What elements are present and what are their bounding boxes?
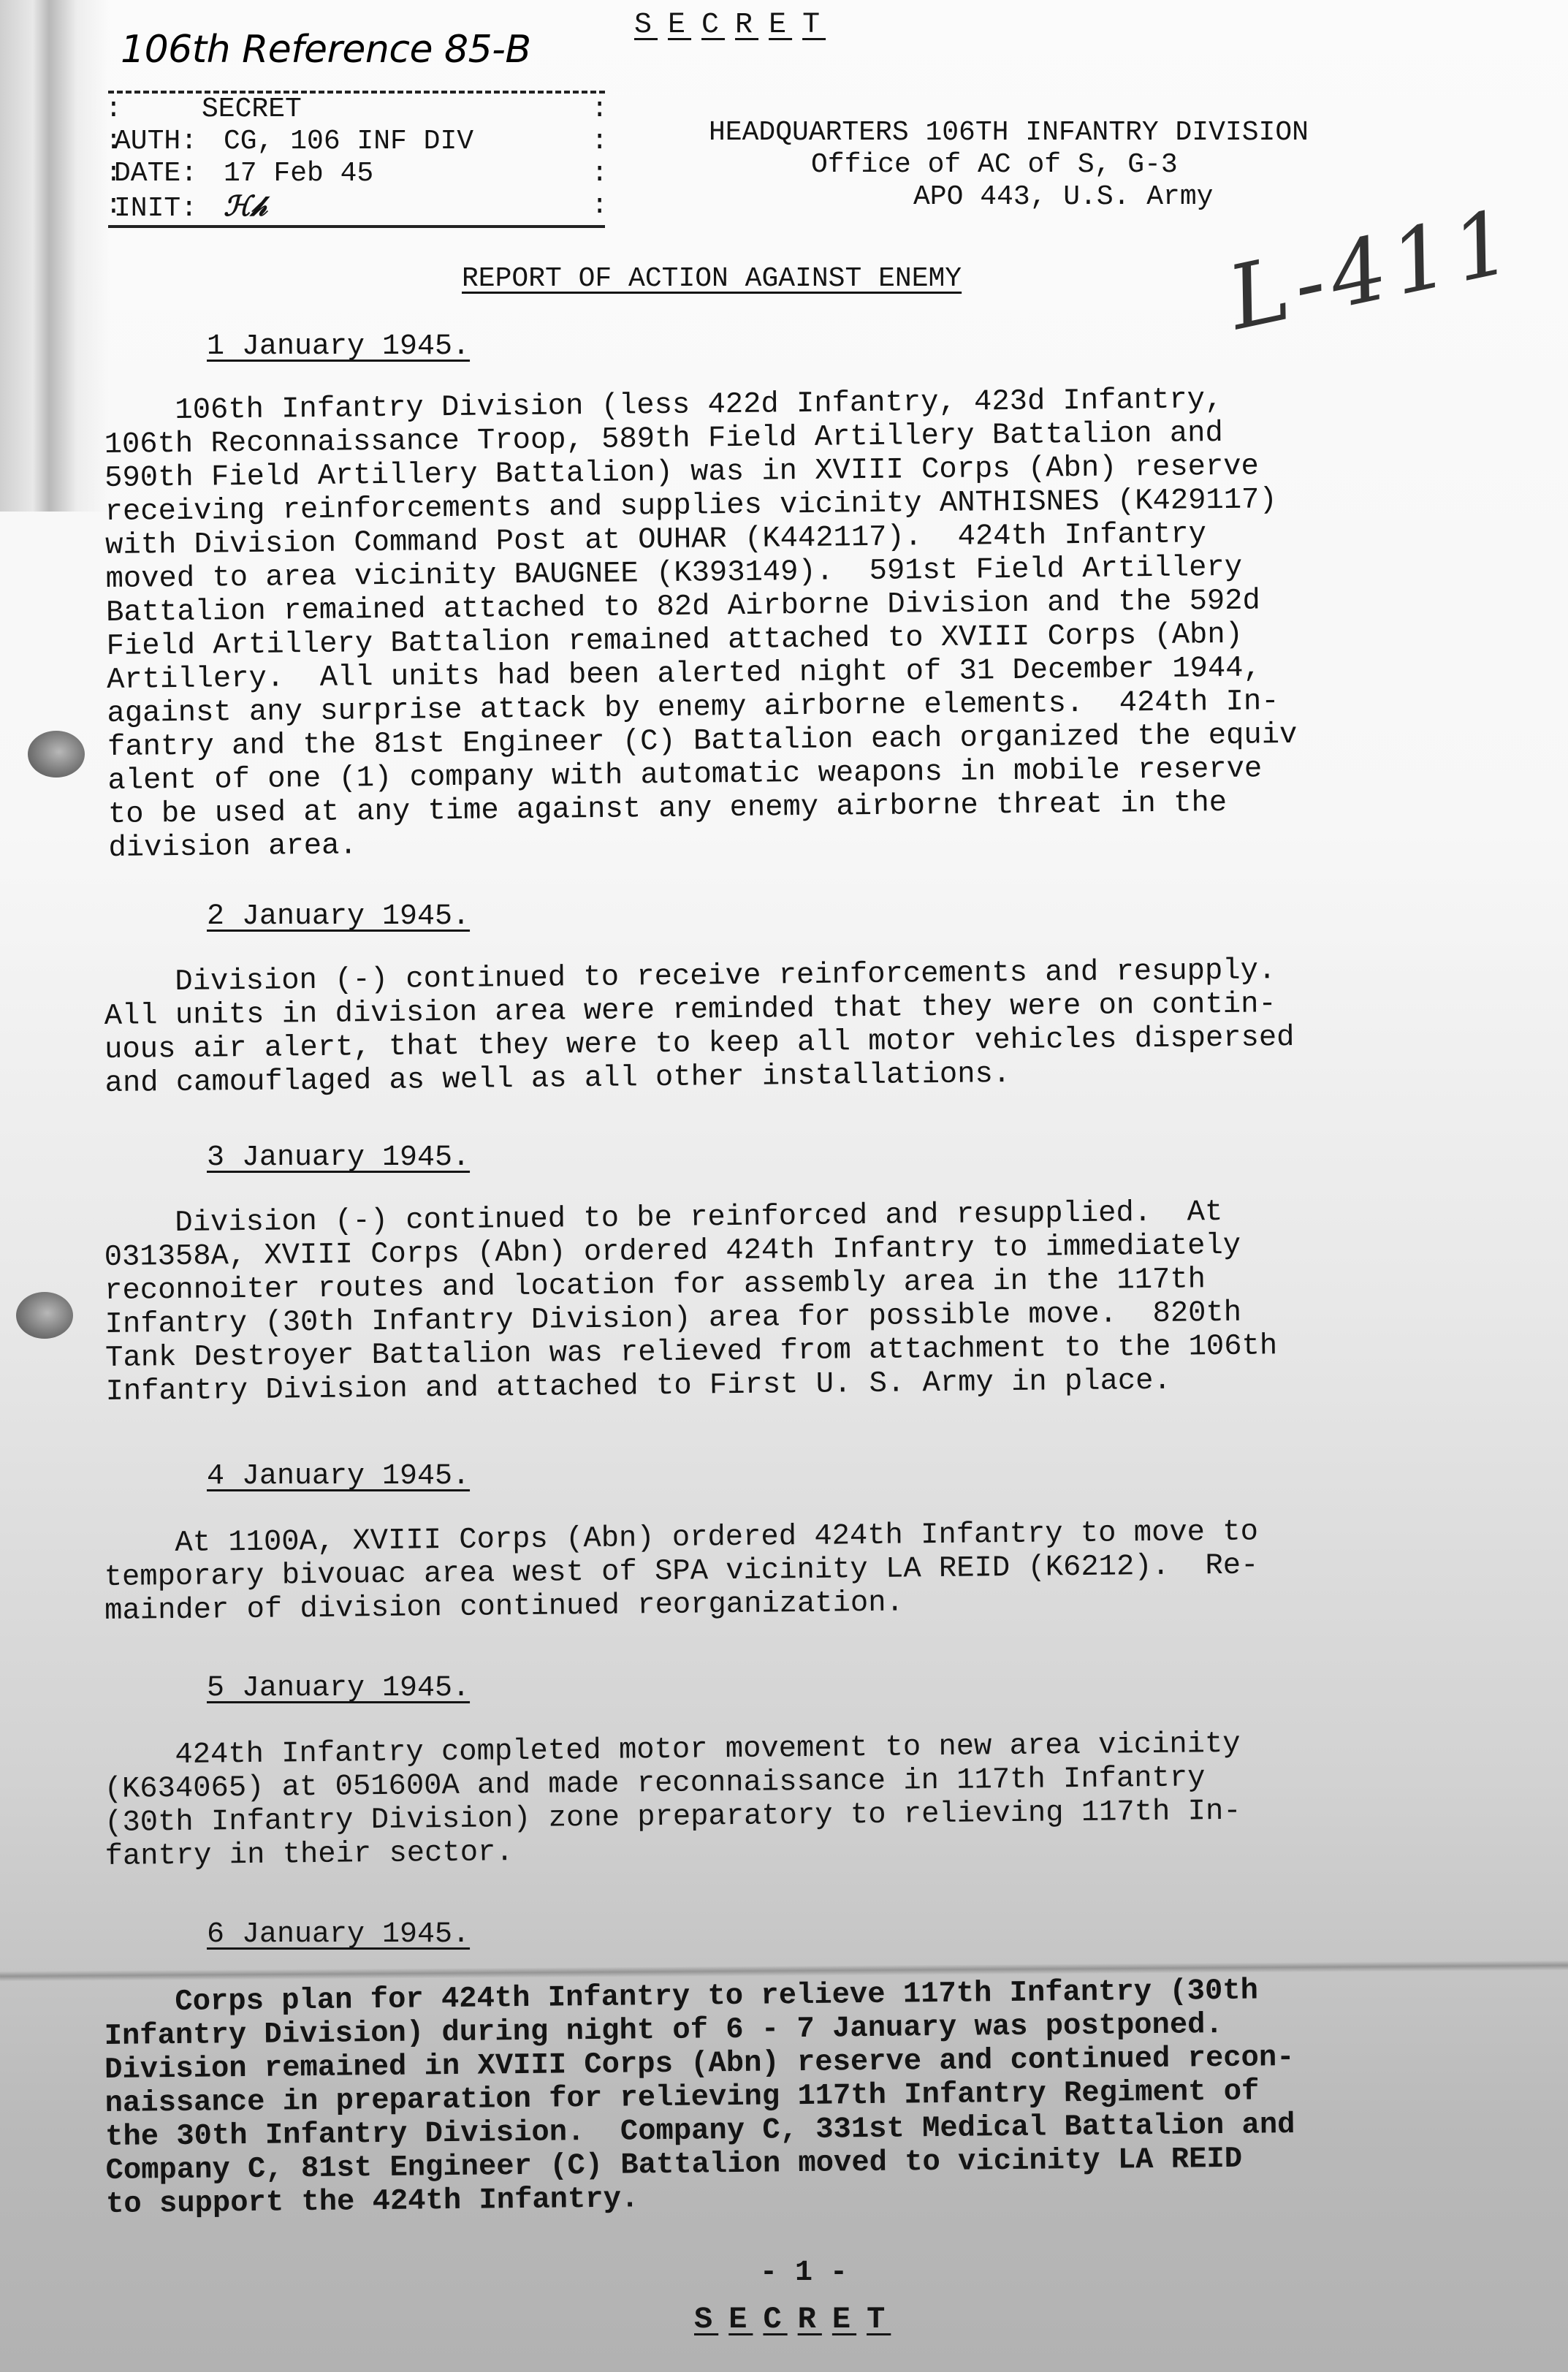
- classification-footer: SECRET: [694, 2302, 901, 2337]
- punch-hole-bottom: [16, 1292, 73, 1339]
- letterhead-apo: APO 443, U.S. Army: [680, 181, 1483, 213]
- stamp-init-row: INIT:ℋ𝒽: [108, 190, 605, 225]
- entry-body-4: At 1100A, XVIII Corps (Abn) ordered 424t…: [104, 1513, 1500, 1628]
- entry-date-5: 5 January 1945.: [207, 1672, 470, 1705]
- classification-stamp: SECRET AUTH:CG, 106 INF DIV DATE:17 Feb …: [108, 91, 605, 228]
- entry-body-1: 106th Infantry Division (less 422d Infan…: [104, 380, 1504, 865]
- entry-body-2: Division (-) continued to receive reinfo…: [104, 951, 1501, 1101]
- letterhead: HEADQUARTERS 106TH INFANTRY DIVISION Off…: [680, 117, 1483, 213]
- page-edge-shadow: [0, 0, 110, 512]
- reference-label: 106th Reference 85-B: [121, 28, 531, 72]
- punch-hole-top: [28, 731, 85, 778]
- entry-body-3: Division (-) continued to be reinforced …: [104, 1193, 1502, 1409]
- stamp-date-row: DATE:17 Feb 45: [108, 158, 605, 190]
- handwritten-annotation: L-411: [1220, 190, 1526, 350]
- entry-body-5: 424th Infantry completed motor movement …: [104, 1725, 1501, 1874]
- entry-date-4: 4 January 1945.: [207, 1460, 470, 1493]
- entry-body-6: Corps plan for 424th Infantry to relieve…: [104, 1972, 1502, 2221]
- stamp-title-row: SECRET: [108, 94, 605, 126]
- classification-header: SECRET: [634, 9, 836, 42]
- handwritten-initials: ℋ𝒽: [224, 189, 267, 222]
- page-number: - 1 -: [760, 2257, 848, 2289]
- letterhead-office: Office of AC of S, G-3: [680, 149, 1483, 181]
- letterhead-hq: HEADQUARTERS 106TH INFANTRY DIVISION: [680, 117, 1483, 149]
- entry-date-3: 3 January 1945.: [207, 1141, 470, 1174]
- entry-date-1: 1 January 1945.: [207, 330, 470, 363]
- entry-date-2: 2 January 1945.: [207, 900, 470, 933]
- entry-date-6: 6 January 1945.: [207, 1918, 470, 1951]
- document-title: REPORT OF ACTION AGAINST ENEMY: [462, 263, 962, 294]
- stamp-auth-row: AUTH:CG, 106 INF DIV: [108, 126, 605, 158]
